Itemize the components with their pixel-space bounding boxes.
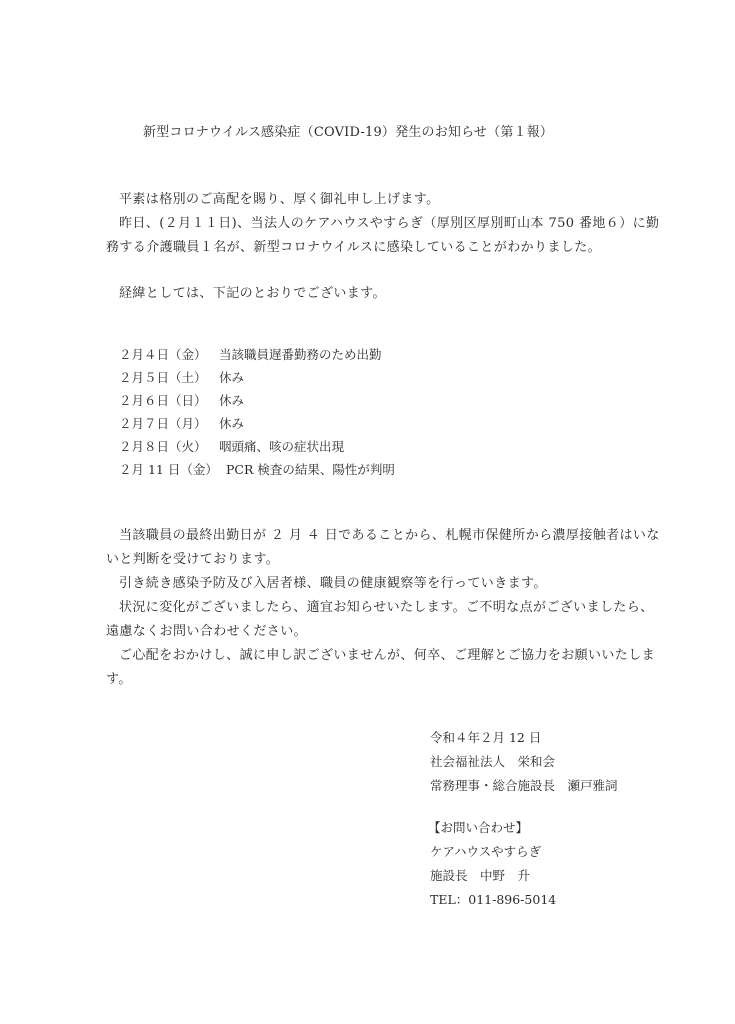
timeline-event: 休み xyxy=(219,368,244,386)
body-line-3: 引き続き感染予防及び入居者様、職員の健康観察等を行っていきます。 xyxy=(119,572,547,591)
timeline-event: 休み xyxy=(219,414,244,432)
body-line-1: 当該職員の最終出勤日が ２ 月 ４ 日であることから、札幌市保健所から濃厚接触者… xyxy=(119,524,660,543)
timeline-event: 咽頭痛、咳の症状出現 xyxy=(219,437,344,455)
document-page: 新型コロナウイルス感染症（COVID-19）発生のお知らせ（第１報） 平素は格別… xyxy=(0,0,735,1024)
body-line-7: す。 xyxy=(106,668,132,687)
timeline-event: 休み xyxy=(219,391,244,409)
body-line-6: ご心配をおかけし、誠に申し訳ございませんが、何卒、ご理解とご協力をお願いいたしま xyxy=(119,644,655,663)
intro-greeting: 平素は格別のご高配を賜り、厚く御礼申し上げます。 xyxy=(119,188,440,207)
body-line-5: 遠慮なくお問い合わせください。 xyxy=(106,620,307,639)
timeline-date: ２月４日（金） xyxy=(119,345,219,363)
timeline-date: ２月５日（土） xyxy=(119,368,219,386)
contact-tel: TEL：011-896-5014 xyxy=(430,890,556,908)
body-line-2: いと判断を受けております。 xyxy=(106,548,279,567)
timeline-date: ２月７日（月） xyxy=(119,414,219,432)
lead-text: 経緯としては、下記のとおりでございます。 xyxy=(119,282,386,301)
signature-signer: 常務理事・総合施設長 瀬戸雅詞 xyxy=(430,776,618,794)
signature-date: 令和４年２月 12 日 xyxy=(430,728,541,746)
timeline-event: PCR 検査の結果、陽性が判明 xyxy=(226,460,395,478)
timeline-date: ２月６日（日） xyxy=(119,391,219,409)
document-title: 新型コロナウイルス感染症（COVID-19）発生のお知らせ（第１報） xyxy=(143,121,553,140)
intro-line-2: 務する介護職員１名が、新型コロナウイルスに感染していることがわかりました。 xyxy=(106,236,601,255)
contact-heading: 【お問い合わせ】 xyxy=(428,818,528,836)
timeline-date: ２月 11 日（金） xyxy=(119,460,219,478)
intro-line-1: 昨日、(２月１１日)、当法人のケアハウスやすらぎ（厚別区厚別町山本 750 番地… xyxy=(119,212,659,231)
signature-organization: 社会福祉法人 栄和会 xyxy=(430,752,555,770)
contact-manager: 施設長 中野 升 xyxy=(430,866,530,884)
contact-facility: ケアハウスやすらぎ xyxy=(430,842,541,860)
timeline-event: 当該職員遅番勤務のため出勤 xyxy=(219,345,382,363)
body-line-4: 状況に変化がございましたら、適宜お知らせいたします。ご不明な点がございましたら、 xyxy=(119,596,654,615)
timeline-date: ２月８日（火） xyxy=(119,437,219,455)
